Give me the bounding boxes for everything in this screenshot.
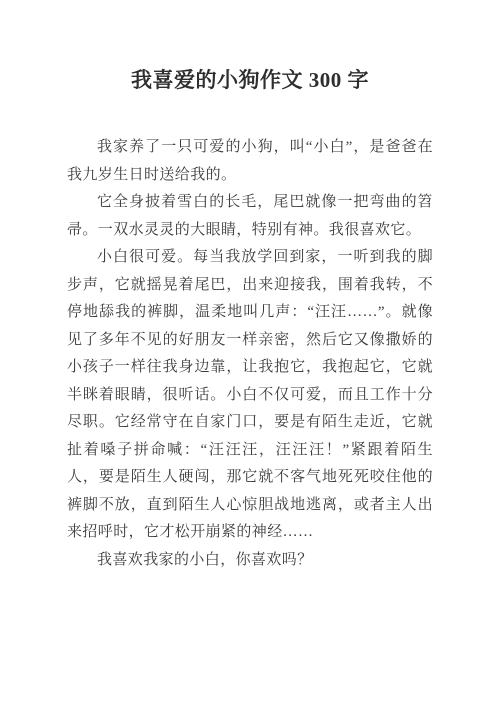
paragraph-intro: 我家养了一只可爱的小狗，叫“小白”，是爸爸在我九岁生日时送给我的。 [67,134,433,189]
paragraph-closing: 我喜欢我家的小白，你喜欢吗？ [67,547,433,575]
paragraph-appearance: 它全身披着雪白的长毛，尾巴就像一把弯曲的笤帚。一双水灵灵的大眼睛，特别有神。我很… [67,189,433,244]
paragraph-behavior: 小白很可爱。每当我放学回到家，一听到我的脚步声，它就摇晃着尾巴，出来迎接我，围着… [67,244,433,547]
document-body: 我家养了一只可爱的小狗，叫“小白”，是爸爸在我九岁生日时送给我的。 它全身披着雪… [0,134,500,574]
document-title: 我喜爱的小狗作文 300 字 [0,0,500,94]
document-page: 我喜爱的小狗作文 300 字 我家养了一只可爱的小狗，叫“小白”，是爸爸在我九岁… [0,0,500,708]
